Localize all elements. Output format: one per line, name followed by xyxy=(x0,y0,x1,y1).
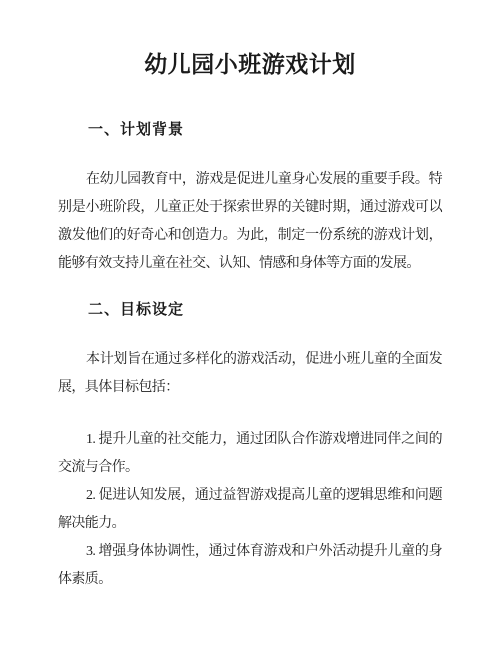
document-title: 幼儿园小班游戏计划 xyxy=(58,46,442,82)
section-heading-plan-background: 一、计划背景 xyxy=(58,116,442,144)
document-page: 幼儿园小班游戏计划 一、计划背景 在幼儿园教育中，游戏是促进儿童身心发展的重要手… xyxy=(0,0,500,647)
goal-list: 1. 提升儿童的社交能力，通过团队合作游戏增进同伴之间的交流与合作。 2. 促进… xyxy=(58,426,442,594)
goal-item-cognitive: 2. 促进认知发展，通过益智游戏提高儿童的逻辑思维和问题解决能力。 xyxy=(58,482,442,538)
goal-item-social: 1. 提升儿童的社交能力，通过团队合作游戏增进同伴之间的交流与合作。 xyxy=(58,426,442,482)
section-goal-setting: 二、目标设定 本计划旨在通过多样化的游戏活动，促进小班儿童的全面发展，具体目标包… xyxy=(58,296,442,594)
paragraph-plan-background: 在幼儿园教育中，游戏是促进儿童身心发展的重要手段。特别是小班阶段，儿童正处于探索… xyxy=(58,166,442,278)
paragraph-goal-intro: 本计划旨在通过多样化的游戏活动，促进小班儿童的全面发展，具体目标包括： xyxy=(58,346,442,402)
section-plan-background: 一、计划背景 在幼儿园教育中，游戏是促进儿童身心发展的重要手段。特别是小班阶段，… xyxy=(58,116,442,278)
section-heading-goal-setting: 二、目标设定 xyxy=(58,296,442,324)
goal-item-physical: 3. 增强身体协调性，通过体育游戏和户外活动提升儿童的身体素质。 xyxy=(58,538,442,594)
